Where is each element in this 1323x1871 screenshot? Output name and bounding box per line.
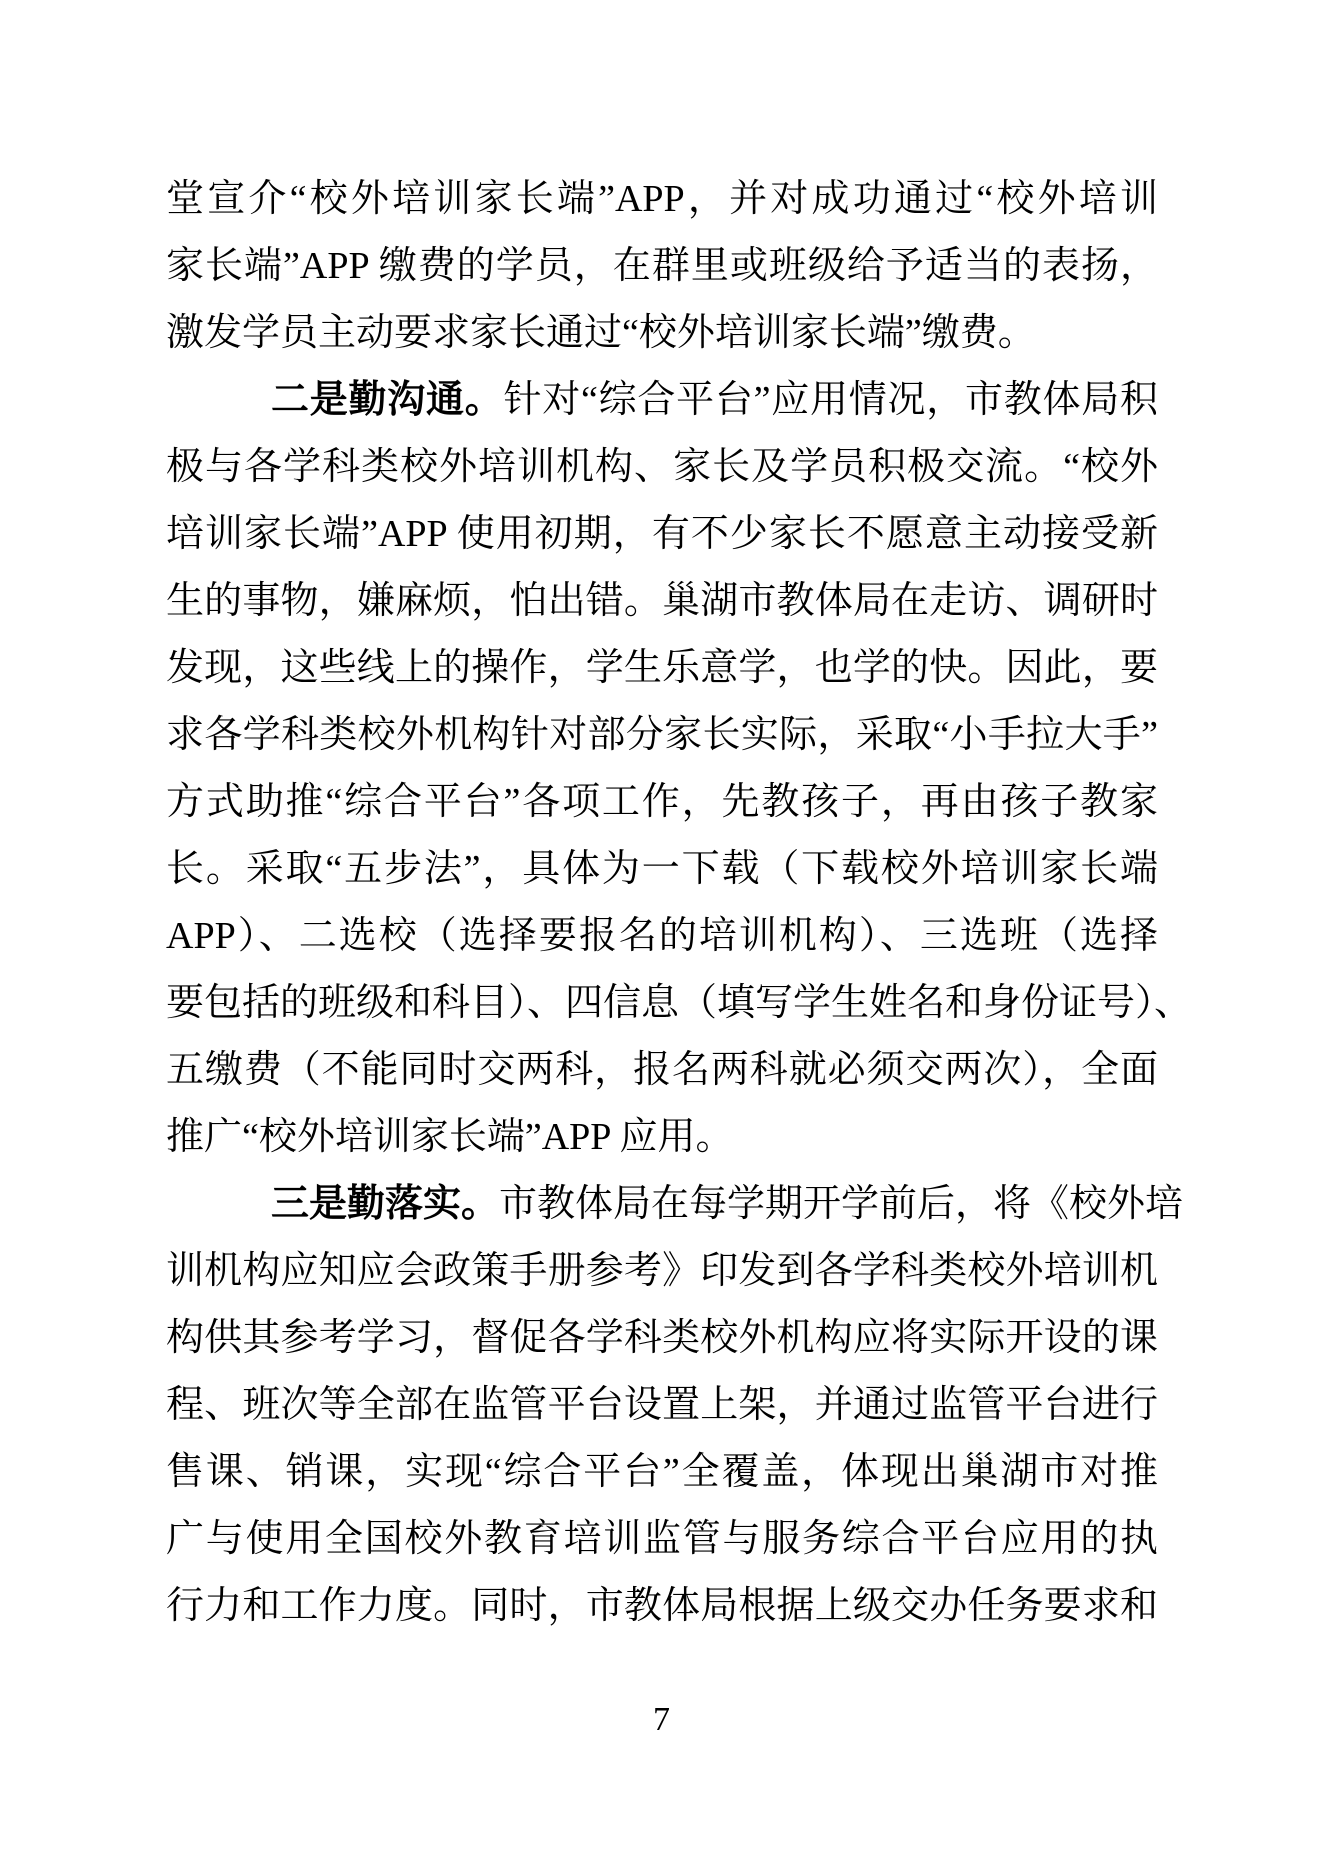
paragraph-text: 针对“综合平台”应用情况，市教体局积 [504, 379, 1158, 421]
paragraph-text: 程、班次等全部在监管平台设置上架，并通过监管平台进行 [166, 1384, 1158, 1426]
paragraph-text: 售课、销课，实现“综合平台”全覆盖，体现出巢湖市对推 [166, 1451, 1158, 1493]
paragraph-2-line-7: 方式助推“综合平台”各项工作，先教孩子，再由孩子教家 [166, 769, 1158, 836]
paragraph-text: 推广“校外培训家长端”APP 应用。 [166, 1116, 734, 1158]
paragraph-3-line-1: 三是勤落实。市教体局在每学期开学前后，将《校外培 [166, 1171, 1158, 1238]
paragraph-2-line-11: 五缴费（不能同时交两科，报名两科就必须交两次），全面 [166, 1037, 1158, 1104]
paragraph-text: 激发学员主动要求家长通过“校外培训家长端”缴费。 [166, 312, 1036, 354]
paragraph-text: 训机构应知应会政策手册参考》印发到各学科类校外培训机 [166, 1250, 1158, 1292]
paragraph-text: 发现，这些线上的操作，学生乐意学，也学的快。因此，要 [166, 647, 1158, 689]
paragraph-text: APP）、二选校（选择要报名的培训机构）、三选班（选择 [166, 915, 1158, 957]
paragraph-text: 堂宣介“校外培训家长端”APP，并对成功通过“校外培训 [166, 178, 1158, 220]
paragraph-lead-emphasis: 三是勤落实。 [271, 1183, 499, 1225]
paragraph-2-line-9: APP）、二选校（选择要报名的培训机构）、三选班（选择 [166, 903, 1158, 970]
paragraph-text: 要包括的班级和科目）、四信息（填写学生姓名和身份证号）、 [166, 982, 1192, 1024]
paragraph-text: 行力和工作力度。同时，市教体局根据上级交办任务要求和 [166, 1585, 1158, 1627]
paragraph-2-line-6: 求各学科类校外机构针对部分家长实际，采取“小手拉大手” [166, 702, 1158, 769]
paragraph-3-line-5: 售课、销课，实现“综合平台”全覆盖，体现出巢湖市对推 [166, 1439, 1158, 1506]
paragraph-1-line-3: 激发学员主动要求家长通过“校外培训家长端”缴费。 [166, 300, 1158, 367]
document-body: 堂宣介“校外培训家长端”APP，并对成功通过“校外培训家长端”APP 缴费的学员… [166, 166, 1158, 1640]
paragraph-3-line-6: 广与使用全国校外教育培训监管与服务综合平台应用的执 [166, 1506, 1158, 1573]
paragraph-2-line-10: 要包括的班级和科目）、四信息（填写学生姓名和身份证号）、 [166, 970, 1158, 1037]
paragraph-2-line-4: 生的事物，嫌麻烦，怕出错。巢湖市教体局在走访、调研时 [166, 568, 1158, 635]
paragraph-2-line-8: 长。采取“五步法”，具体为一下载（下载校外培训家长端 [166, 836, 1158, 903]
paragraph-text: 培训家长端”APP 使用初期，有不少家长不愿意主动接受新 [166, 513, 1158, 555]
paragraph-text: 生的事物，嫌麻烦，怕出错。巢湖市教体局在走访、调研时 [166, 580, 1158, 622]
paragraph-3-line-7: 行力和工作力度。同时，市教体局根据上级交办任务要求和 [166, 1573, 1158, 1640]
paragraph-text: 构供其参考学习，督促各学科类校外机构应将实际开设的课 [166, 1317, 1158, 1359]
paragraph-lead-emphasis: 二是勤沟通。 [271, 379, 504, 421]
paragraph-2-line-12: 推广“校外培训家长端”APP 应用。 [166, 1104, 1158, 1171]
paragraph-1-line-2: 家长端”APP 缴费的学员，在群里或班级给予适当的表扬， [166, 233, 1158, 300]
paragraph-2-line-5: 发现，这些线上的操作，学生乐意学，也学的快。因此，要 [166, 635, 1158, 702]
page-number: 7 [0, 1700, 1323, 1740]
document-page: 堂宣介“校外培训家长端”APP，并对成功通过“校外培训家长端”APP 缴费的学员… [0, 0, 1323, 1871]
paragraph-3-line-2: 训机构应知应会政策手册参考》印发到各学科类校外培训机 [166, 1238, 1158, 1305]
paragraph-3-line-4: 程、班次等全部在监管平台设置上架，并通过监管平台进行 [166, 1372, 1158, 1439]
paragraph-text: 极与各学科类校外培训机构、家长及学员积极交流。“校外 [166, 446, 1158, 488]
paragraph-2-line-3: 培训家长端”APP 使用初期，有不少家长不愿意主动接受新 [166, 501, 1158, 568]
paragraph-text: 家长端”APP 缴费的学员，在群里或班级给予适当的表扬， [166, 245, 1158, 287]
paragraph-text: 求各学科类校外机构针对部分家长实际，采取“小手拉大手” [166, 714, 1158, 756]
paragraph-text: 五缴费（不能同时交两科，报名两科就必须交两次），全面 [166, 1049, 1158, 1091]
paragraph-3-line-3: 构供其参考学习，督促各学科类校外机构应将实际开设的课 [166, 1305, 1158, 1372]
paragraph-text: 方式助推“综合平台”各项工作，先教孩子，再由孩子教家 [166, 781, 1158, 823]
paragraph-text: 市教体局在每学期开学前后，将《校外培 [499, 1183, 1183, 1225]
paragraph-1-line-1: 堂宣介“校外培训家长端”APP，并对成功通过“校外培训 [166, 166, 1158, 233]
paragraph-text: 广与使用全国校外教育培训监管与服务综合平台应用的执 [166, 1518, 1158, 1560]
paragraph-text: 长。采取“五步法”，具体为一下载（下载校外培训家长端 [166, 848, 1158, 890]
paragraph-2-line-2: 极与各学科类校外培训机构、家长及学员积极交流。“校外 [166, 434, 1158, 501]
paragraph-2-line-1: 二是勤沟通。针对“综合平台”应用情况，市教体局积 [166, 367, 1158, 434]
